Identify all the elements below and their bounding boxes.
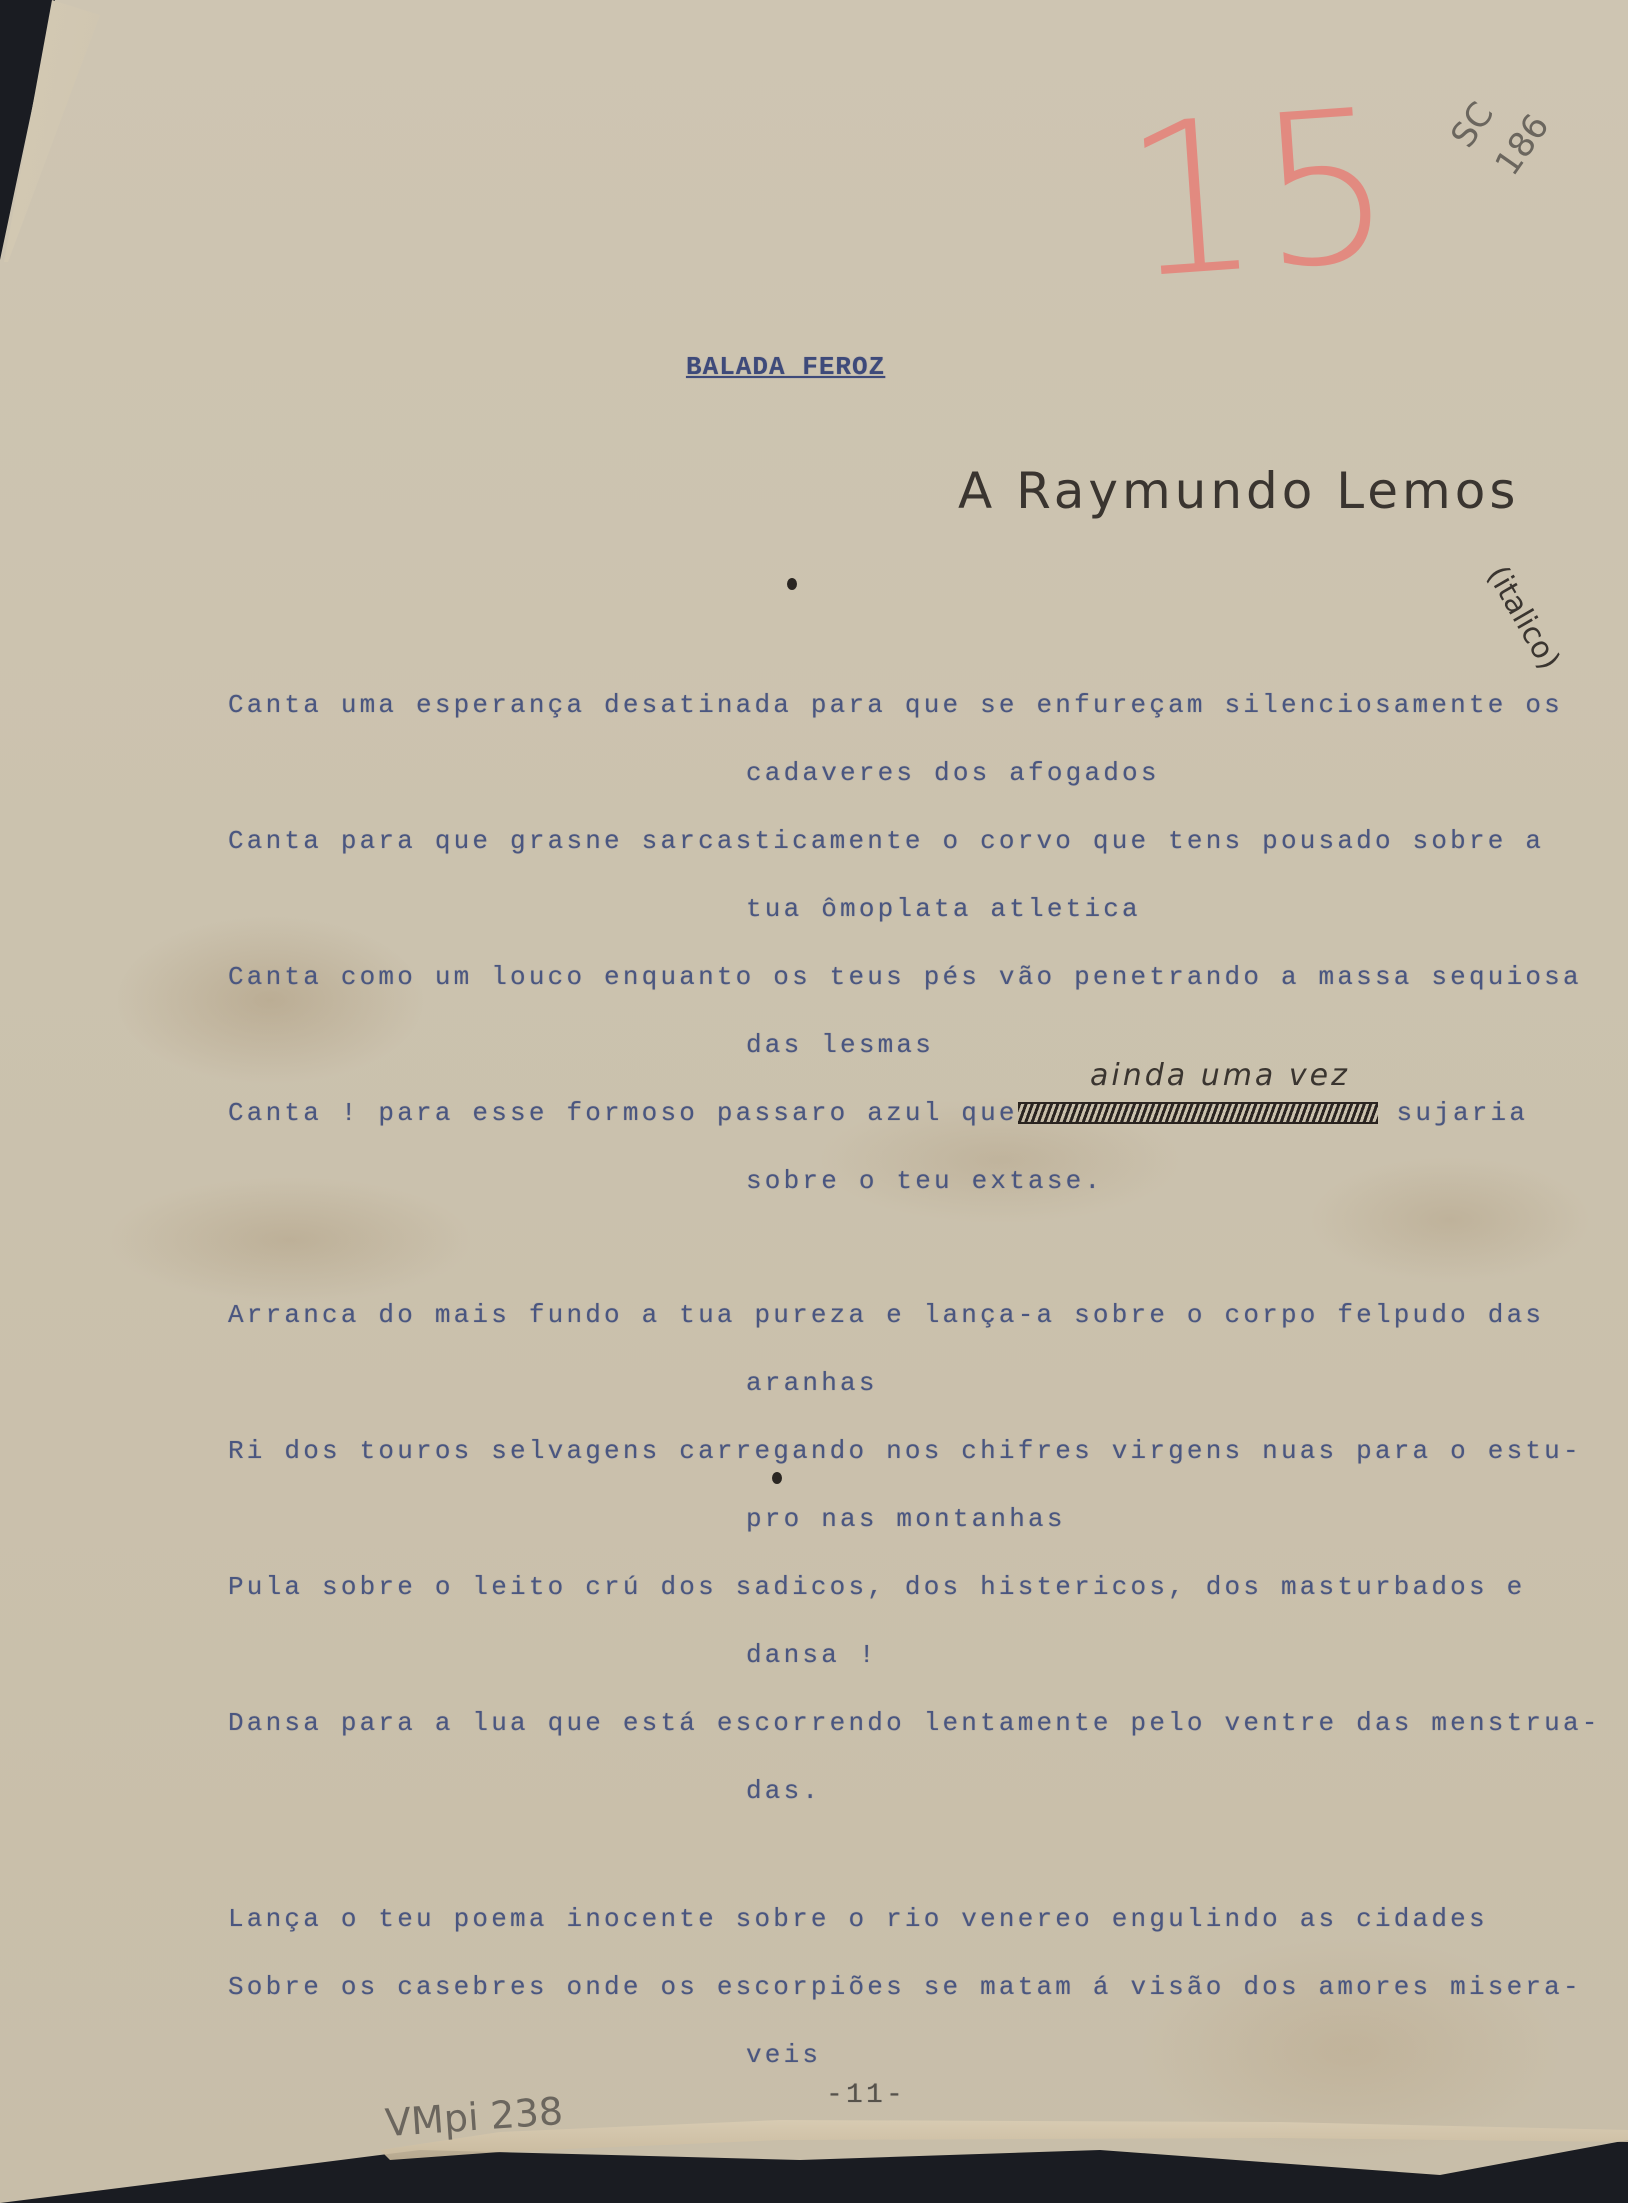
- line-text-before: Canta ! para esse formoso passaro azul q…: [228, 1098, 1018, 1128]
- ink-dot: [772, 1472, 782, 1484]
- poem-line: Lança o teu poema inocente sobre o rio v…: [228, 1904, 1488, 1934]
- poem-line-continuation: aranhas: [746, 1368, 878, 1398]
- handwritten-insert: ainda uma vez: [1090, 1058, 1350, 1093]
- poem-line: Canta ! para esse formoso passaro azul q…: [228, 1098, 1528, 1128]
- poem-line: Canta para que grasne sarcasticamente o …: [228, 826, 1544, 856]
- ink-dot: [787, 578, 797, 590]
- poem-line: Arranca do mais fundo a tua pureza e lan…: [228, 1300, 1544, 1330]
- poem-line-continuation: dansa !: [746, 1640, 878, 1670]
- poem-line: Sobre os casebres onde os escorpiões se …: [228, 1972, 1582, 2002]
- page-number: -11-: [826, 2080, 906, 2111]
- poem-line-continuation: tua ômoplata atletica: [746, 894, 1141, 924]
- red-folio-number: 15: [1118, 81, 1399, 309]
- crossed-out-text: [1018, 1102, 1378, 1124]
- poem-line: Canta como um louco enquanto os teus pés…: [228, 962, 1582, 992]
- poem-line-continuation: sobre o teu extase.: [746, 1166, 1103, 1196]
- poem-line: Dansa para a lua que está escorrendo len…: [228, 1708, 1601, 1738]
- poem-line-continuation: pro nas montanhas: [746, 1504, 1066, 1534]
- line-text-after: sujaria: [1397, 1098, 1529, 1128]
- poem-line: Ri dos touros selvagens carregando nos c…: [228, 1436, 1582, 1466]
- poem-line: Pula sobre o leito crú dos sadicos, dos …: [228, 1572, 1525, 1602]
- poem-title: BALADA FEROZ: [686, 352, 885, 382]
- poem-line-continuation: cadaveres dos afogados: [746, 758, 1160, 788]
- poem-line-continuation: veis: [746, 2040, 821, 2070]
- poem-line-continuation: das lesmas: [746, 1030, 934, 1060]
- poem-line: Canta uma esperança desatinada para que …: [228, 690, 1563, 720]
- dedication: A Raymundo Lemos: [958, 462, 1519, 520]
- poem-line-continuation: das.: [746, 1776, 821, 1806]
